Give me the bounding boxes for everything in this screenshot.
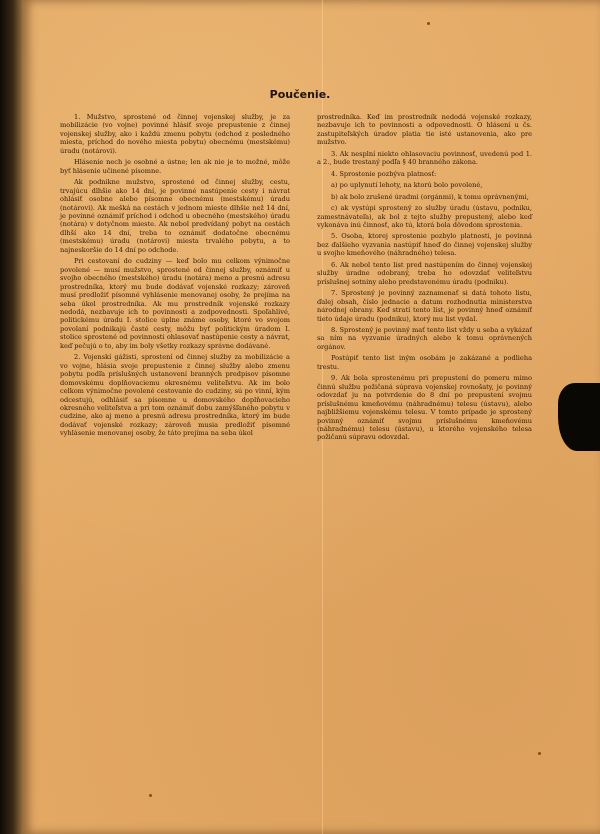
right-text-column: prostredníka. Keď im prostredník nedodá …	[317, 113, 532, 445]
paragraph-8: 8. Sprostený je povinný mať tento list v…	[317, 326, 532, 351]
paragraph-travel: Ak podnikne mužstvo, sprostené od činnej…	[60, 178, 290, 254]
paragraph-4b: b) ak bolo zrušené úradmi (orgánmi), k t…	[317, 193, 532, 201]
paragraph-3: 3. Ak nesplní niekto ohlasovaciu povinno…	[317, 150, 532, 167]
paragraph-abroad: Pri cestovaní do cudziny — keď bolo mu c…	[60, 257, 290, 350]
paragraph-4: 4. Sprostenie pozbýva platnosť:	[317, 170, 532, 178]
paragraph-8-note: Postúpiť tento list iným osobám je zakáz…	[317, 354, 532, 371]
left-text-column: 1. Mužstvo, sprostené od činnej vojenske…	[60, 113, 290, 441]
paper-stain	[427, 22, 430, 25]
paragraph-4a: a) po uplynutí lehoty, na ktorú bolo pov…	[317, 181, 532, 189]
paragraph-9: 9. Ak bola sprostenému pri prepustení do…	[317, 374, 532, 442]
paragraph-1: 1. Mužstvo, sprostené od činnej vojenske…	[60, 113, 290, 155]
paragraph-reporting-note: Hlásenie nech je osobné a ústne; len ak …	[60, 158, 290, 175]
paragraph-7: 7. Sprostený je povinný zaznamenať si da…	[317, 289, 532, 323]
torn-hole	[558, 383, 600, 451]
paragraph-2: 2. Vojenskí gážisti, sprostení od činnej…	[60, 353, 290, 438]
paper-stain	[538, 752, 541, 755]
document-title: Poučenie.	[0, 88, 600, 101]
paragraph-4c: c) ak vystúpi sprostený zo služby úradu …	[317, 204, 532, 229]
paragraph-5: 5. Osoba, ktorej sprostenie pozbylo plat…	[317, 232, 532, 257]
paper-stain	[149, 794, 152, 797]
paragraph-continuation: prostredníka. Keď im prostredník nedodá …	[317, 113, 532, 147]
paragraph-6: 6. Ak nebol tento list pred nastúpením d…	[317, 261, 532, 286]
